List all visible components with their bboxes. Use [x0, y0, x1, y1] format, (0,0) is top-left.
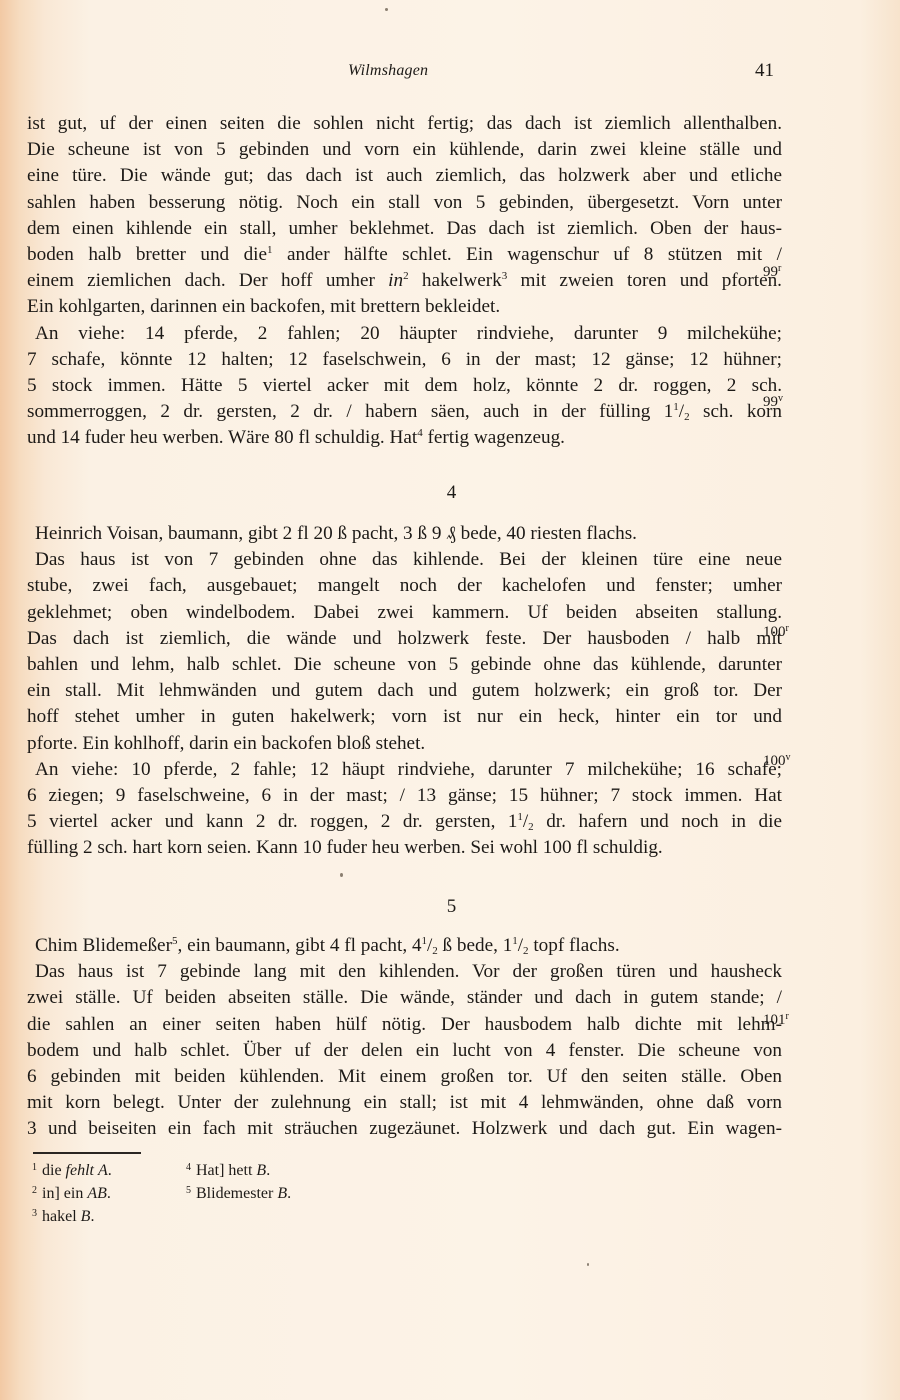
text-line: fülling 2 sch. hart korn seien. Kann 10 …	[27, 835, 782, 861]
text-line: hoff stehet umher in guten hakelwerk; vo…	[27, 704, 782, 730]
section-5-text: Chim Blidemeßer5, ein baumann, gibt 4 fl…	[27, 933, 782, 1143]
text-line: einem ziemlichen dach. Der hoff umher in…	[27, 268, 782, 294]
text-line: 5 viertel acker und kann 2 dr. roggen, 2…	[27, 809, 782, 835]
fraction: 11/2	[503, 935, 529, 956]
text-line: 6 ziegen; 9 faselschweine, 6 in der mast…	[27, 783, 782, 809]
footnote-rule	[33, 1152, 141, 1154]
book-page: Wilmshagen 41 ist gut, uf der einen seit…	[0, 0, 900, 1400]
text-line: Ein kohlgarten, darinnen ein backofen, m…	[27, 294, 782, 320]
footnote: 3hakel B.	[32, 1206, 94, 1228]
text-segment: Chim Blidemeßer	[35, 935, 172, 956]
section-number: 4	[0, 482, 900, 504]
paper-speck	[385, 8, 388, 11]
running-head: Wilmshagen 41	[0, 60, 900, 86]
paper-speck	[340, 873, 343, 877]
text-segment: und 14 fuder heu werben. Wäre 80 fl schu…	[27, 427, 417, 448]
text-segment: boden halb bretter und die	[27, 244, 267, 265]
section-4-text: Heinrich Voisan, baumann, gibt 2 fl 20 ß…	[27, 521, 782, 861]
running-title: Wilmshagen	[348, 62, 428, 80]
section-number: 5	[0, 896, 900, 918]
text-line: Die scheune ist von 5 gebinden und vorn …	[27, 137, 782, 163]
folio-note: 100r	[763, 624, 789, 641]
footnote: 2in] ein AB.	[32, 1183, 111, 1205]
text-line: sahlen haben besserung nötig. Noch ein s…	[27, 190, 782, 216]
folio-note: 100v	[763, 753, 791, 770]
text-line: bahlen und lehm, halb schlet. Die scheun…	[27, 652, 782, 678]
text-line: zwei ställe. Uf beiden abseiten ställe. …	[27, 985, 782, 1011]
page-number: 41	[755, 60, 774, 82]
text-line: geklehmet; oben windelbodem. Dabei zwei …	[27, 600, 782, 626]
text-segment: 5 viertel acker und kann 2 dr. roggen, 2…	[27, 811, 508, 832]
text-line: An viehe: 10 pferde, 2 fahle; 12 häupt r…	[27, 757, 782, 783]
text-line: Das haus ist von 7 gebinden ohne das kih…	[27, 547, 782, 573]
folio-note: 101r	[763, 1012, 789, 1029]
text-line: mit korn belegt. Unter der zulehnung ein…	[27, 1090, 782, 1116]
text-line: eine türe. Die wände gut; das dach ist a…	[27, 163, 782, 189]
text-line: ist gut, uf der einen seiten die sohlen …	[27, 111, 782, 137]
footnote: 1die fehlt A.	[32, 1160, 112, 1182]
text-line: 3 und beiseiten ein fach mit sträuchen z…	[27, 1116, 782, 1142]
text-line: dem einen kihlende ein stall, umher bekl…	[27, 216, 782, 242]
text-line: 7 schafe, könnte 12 halten; 12 faselschw…	[27, 347, 782, 373]
text-segment: ß bede,	[438, 935, 503, 956]
text-segment: dr. hafern und noch in die	[534, 811, 782, 832]
section-3-text: ist gut, uf der einen seiten die sohlen …	[27, 111, 782, 451]
text-line: Das haus ist 7 gebinde lang mit den kihl…	[27, 959, 782, 985]
text-line: Chim Blidemeßer5, ein baumann, gibt 4 fl…	[27, 933, 782, 959]
text-line: die sahlen an einer seiten haben hülf nö…	[27, 1012, 782, 1038]
text-segment: , ein baumann, gibt 4 fl pacht,	[177, 935, 411, 956]
text-line: stube, zwei fach, ausgebauet; mangelt no…	[27, 573, 782, 599]
text-line: ein stall. Mit lehmwänden und gutem dach…	[27, 678, 782, 704]
fraction: 41/2	[412, 935, 438, 956]
text-line: boden halb bretter und die1 ander hälfte…	[27, 242, 782, 268]
text-line: und 14 fuder heu werben. Wäre 80 fl schu…	[27, 425, 782, 451]
text-segment: hakelwerk	[409, 270, 502, 291]
text-segment: fertig wagenzeug.	[423, 427, 565, 448]
text-line: sommerroggen, 2 dr. gersten, 2 dr. / hab…	[27, 399, 782, 425]
text-line: An viehe: 14 pferde, 2 fahlen; 20 häupte…	[27, 321, 782, 347]
folio-note: 99v	[763, 394, 783, 411]
text-segment: ander hälfte schlet. Ein wagenschur uf 8…	[273, 244, 782, 265]
text-segment: topf flachs.	[529, 935, 620, 956]
italic-text: in	[388, 270, 403, 291]
text-line: bodem und halb schlet. Über uf der delen…	[27, 1038, 782, 1064]
paper-speck	[587, 1263, 589, 1266]
text-segment: einem ziemlichen dach. Der hoff umher	[27, 270, 388, 291]
folio-note: 99r	[763, 264, 781, 281]
footnote: 4Hat] hett B.	[186, 1160, 270, 1182]
text-line: Das dach ist ziemlich, die wände und hol…	[27, 626, 782, 652]
text-line: pforte. Ein kohlhoff, darin ein backofen…	[27, 731, 782, 757]
text-line: 5 stock immen. Hätte 5 viertel acker mit…	[27, 373, 782, 399]
footnote: 5Blidemester B.	[186, 1183, 291, 1205]
text-line: Heinrich Voisan, baumann, gibt 2 fl 20 ß…	[27, 521, 782, 547]
fraction: 11/2	[508, 811, 534, 832]
text-segment: mit zweien toren und pforten.	[507, 270, 782, 291]
text-line: 6 gebinden mit beiden kühlenden. Mit ein…	[27, 1064, 782, 1090]
text-segment: sommerroggen, 2 dr. gersten, 2 dr. / hab…	[27, 401, 664, 422]
fraction: 11/2	[664, 401, 690, 422]
